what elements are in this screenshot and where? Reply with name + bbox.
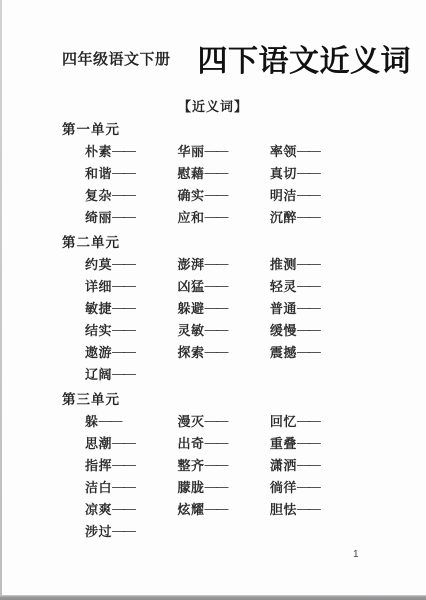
word-pair: 潇洒—— (270, 455, 319, 477)
word-pair: 出奇—— (177, 433, 265, 455)
word-pair: 和谐—— (85, 163, 173, 185)
dash-line: —— (204, 143, 226, 158)
word-pair: 沉醉—— (270, 207, 319, 229)
unit-section-3: 第三单元 躲—— 漫灭—— 回忆—— 思潮—— 出奇—— 重叠—— 指挥—— 整… (0, 389, 426, 543)
unit-heading: 第一单元 (62, 119, 426, 141)
word-pair: 明洁—— (270, 185, 319, 207)
word-pair: 指挥—— (85, 455, 173, 477)
dash-line: —— (204, 479, 226, 494)
synonym-word: 轻灵 (270, 279, 297, 294)
word-pair: 轻灵—— (270, 276, 319, 298)
word-row: 思潮—— 出奇—— 重叠—— (85, 433, 426, 455)
word-row: 凉爽—— 炫耀—— 胆怯—— (85, 499, 426, 521)
dash-line: —— (204, 413, 226, 428)
word-pair: 震撼—— (270, 342, 319, 364)
synonym-word: 胆怯 (270, 502, 297, 517)
word-row: 敏捷—— 躲避—— 普通—— (85, 298, 426, 320)
page-title: 四下语文近义词 (198, 36, 412, 80)
synonym-word: 漫灭 (177, 414, 204, 429)
word-pair: 涉过—— (85, 521, 134, 543)
word-row: 遨游—— 探索—— 震撼—— (85, 342, 426, 364)
page-number: 1 (353, 549, 359, 560)
word-pair: 重叠—— (270, 433, 319, 455)
synonym-word: 明洁 (270, 188, 297, 203)
word-pair: 灵敏—— (177, 320, 265, 342)
dash-line: —— (112, 165, 134, 180)
synonym-word: 潇洒 (270, 458, 297, 473)
course-label: 四年级语文下册 (62, 48, 171, 69)
dash-line: —— (112, 501, 134, 516)
word-pair: 胆怯—— (270, 499, 319, 521)
word-row: 朴素—— 华丽—— 率领—— (85, 141, 426, 163)
dash-line: —— (112, 479, 134, 494)
unit-heading: 第二单元 (62, 232, 426, 254)
word-pair: 遨游—— (85, 342, 173, 364)
dash-line: —— (204, 457, 226, 472)
dash-line: —— (204, 344, 226, 359)
synonym-word: 沉醉 (270, 210, 297, 225)
synonym-word: 指挥 (85, 458, 112, 473)
synonym-word: 辽阔 (85, 367, 112, 382)
unit-section-1: 第一单元 朴素—— 华丽—— 率领—— 和谐—— 慰藉—— 真切—— 复杂—— … (0, 119, 426, 229)
word-pair: 敏捷—— (85, 298, 173, 320)
synonym-word: 华丽 (177, 144, 204, 159)
word-pair: 真切—— (270, 163, 319, 185)
synonym-word: 真切 (270, 166, 297, 181)
word-row: 结实—— 灵敏—— 缓慢—— (85, 320, 426, 342)
synonym-word: 回忆 (270, 414, 297, 429)
dash-line: —— (297, 322, 319, 337)
synonym-word: 躲 (85, 414, 99, 429)
word-pair: 绮丽—— (85, 207, 173, 229)
dash-line: —— (112, 322, 134, 337)
word-pair: 华丽—— (177, 141, 265, 163)
dash-line: —— (204, 278, 226, 293)
word-pair: 慰藉—— (177, 163, 265, 185)
word-pair: 躲—— (85, 411, 173, 433)
word-pair: 普通—— (270, 298, 319, 320)
word-pair: 确实—— (177, 185, 265, 207)
word-pair: 躲避—— (177, 298, 265, 320)
synonym-word: 绮丽 (85, 210, 112, 225)
synonym-word: 灵敏 (177, 323, 204, 338)
word-pair: 率领—— (270, 141, 319, 163)
synonym-word: 遨游 (85, 345, 112, 360)
dash-line: —— (297, 300, 319, 315)
word-row: 指挥—— 整齐—— 潇洒—— (85, 455, 426, 477)
word-pair: 应和—— (177, 207, 265, 229)
synonym-word: 澎湃 (177, 257, 204, 272)
dash-line: —— (297, 435, 319, 450)
dash-line: —— (112, 366, 134, 381)
synonym-word: 敏捷 (85, 301, 112, 316)
unit-section-2: 第二单元 约莫—— 澎湃—— 推测—— 详细—— 凶猛—— 轻灵—— 敏捷—— … (0, 232, 426, 386)
synonym-word: 朦胧 (177, 480, 204, 495)
dash-line: —— (99, 413, 121, 428)
dash-line: —— (297, 501, 319, 516)
word-pair: 整齐—— (177, 455, 265, 477)
dash-line: —— (297, 479, 319, 494)
synonym-word: 朴素 (85, 144, 112, 159)
dash-line: —— (112, 256, 134, 271)
word-pair: 澎湃—— (177, 254, 265, 276)
document-header: 四年级语文下册 四下语文近义词 (62, 40, 411, 76)
word-row: 详细—— 凶猛—— 轻灵—— (85, 276, 426, 298)
dash-line: —— (297, 143, 319, 158)
word-pair: 详细—— (85, 276, 173, 298)
word-pair: 推测—— (270, 254, 319, 276)
word-row: 复杂—— 确实—— 明洁—— (85, 185, 426, 207)
synonym-word: 复杂 (85, 188, 112, 203)
dash-line: —— (297, 187, 319, 202)
synonym-word: 洁白 (85, 480, 112, 495)
word-pair: 朴素—— (85, 141, 173, 163)
word-pair: 辽阔—— (85, 364, 134, 386)
dash-line: —— (297, 256, 319, 271)
dash-line: —— (204, 435, 226, 450)
dash-line: —— (297, 278, 319, 293)
dash-line: —— (112, 143, 134, 158)
synonym-word: 凉爽 (85, 502, 112, 517)
synonym-word: 整齐 (177, 458, 204, 473)
word-pair: 缓慢—— (270, 320, 319, 342)
dash-line: —— (112, 209, 134, 224)
dash-line: —— (297, 457, 319, 472)
dash-line: —— (112, 187, 134, 202)
unit-heading: 第三单元 (62, 389, 426, 411)
synonym-word: 普通 (270, 301, 297, 316)
dash-line: —— (204, 187, 226, 202)
word-pair: 约莫—— (85, 254, 173, 276)
word-pair: 凶猛—— (177, 276, 265, 298)
scan-left-edge (0, 0, 2, 600)
synonym-word: 徜徉 (270, 480, 297, 495)
dash-line: —— (297, 165, 319, 180)
synonym-word: 重叠 (270, 436, 297, 451)
dash-line: —— (112, 435, 134, 450)
word-pair: 凉爽—— (85, 499, 173, 521)
word-row: 辽阔—— (85, 364, 426, 386)
synonym-word: 推测 (270, 257, 297, 272)
synonym-word: 详细 (85, 279, 112, 294)
word-pair: 朦胧—— (177, 477, 265, 499)
synonym-word: 涉过 (85, 524, 112, 539)
scan-bottom-edge (0, 595, 426, 600)
dash-line: —— (112, 344, 134, 359)
dash-line: —— (204, 501, 226, 516)
word-row: 约莫—— 澎湃—— 推测—— (85, 254, 426, 276)
dash-line: —— (112, 457, 134, 472)
synonym-word: 慰藉 (177, 166, 204, 181)
dash-line: —— (204, 322, 226, 337)
word-pair: 思潮—— (85, 433, 173, 455)
word-list-content: 第一单元 朴素—— 华丽—— 率领—— 和谐—— 慰藉—— 真切—— 复杂—— … (0, 119, 426, 543)
dash-line: —— (204, 165, 226, 180)
word-pair: 复杂—— (85, 185, 173, 207)
dash-line: —— (204, 300, 226, 315)
word-row: 涉过—— (85, 521, 426, 543)
word-pair: 探索—— (177, 342, 265, 364)
synonym-word: 确实 (177, 188, 204, 203)
dash-line: —— (112, 278, 134, 293)
synonym-word: 躲避 (177, 301, 204, 316)
synonym-word: 结实 (85, 323, 112, 338)
synonym-word: 缓慢 (270, 323, 297, 338)
dash-line: —— (112, 523, 134, 538)
dash-line: —— (112, 300, 134, 315)
dash-line: —— (204, 256, 226, 271)
synonym-word: 约莫 (85, 257, 112, 272)
synonym-word: 震撼 (270, 345, 297, 360)
synonym-word: 凶猛 (177, 279, 204, 294)
synonym-word: 率领 (270, 144, 297, 159)
synonym-word: 出奇 (177, 436, 204, 451)
word-row: 和谐—— 慰藉—— 真切—— (85, 163, 426, 185)
word-pair: 洁白—— (85, 477, 173, 499)
dash-line: —— (297, 209, 319, 224)
word-pair: 徜徉—— (270, 477, 319, 499)
word-row: 躲—— 漫灭—— 回忆—— (85, 411, 426, 433)
word-row: 绮丽—— 应和—— 沉醉—— (85, 207, 426, 229)
synonym-word: 应和 (177, 210, 204, 225)
dash-line: —— (204, 209, 226, 224)
word-row: 洁白—— 朦胧—— 徜徉—— (85, 477, 426, 499)
document-page: 四年级语文下册 四下语文近义词 【近义词】 第一单元 朴素—— 华丽—— 率领—… (0, 0, 426, 600)
word-pair: 炫耀—— (177, 499, 265, 521)
dash-line: —— (297, 413, 319, 428)
dash-line: —— (297, 344, 319, 359)
synonym-word: 探索 (177, 345, 204, 360)
synonym-word: 和谐 (85, 166, 112, 181)
synonym-word: 炫耀 (177, 502, 204, 517)
word-pair: 结实—— (85, 320, 173, 342)
synonym-word: 思潮 (85, 436, 112, 451)
word-pair: 漫灭—— (177, 411, 265, 433)
section-label: 【近义词】 (0, 96, 426, 115)
word-pair: 回忆—— (270, 411, 319, 433)
